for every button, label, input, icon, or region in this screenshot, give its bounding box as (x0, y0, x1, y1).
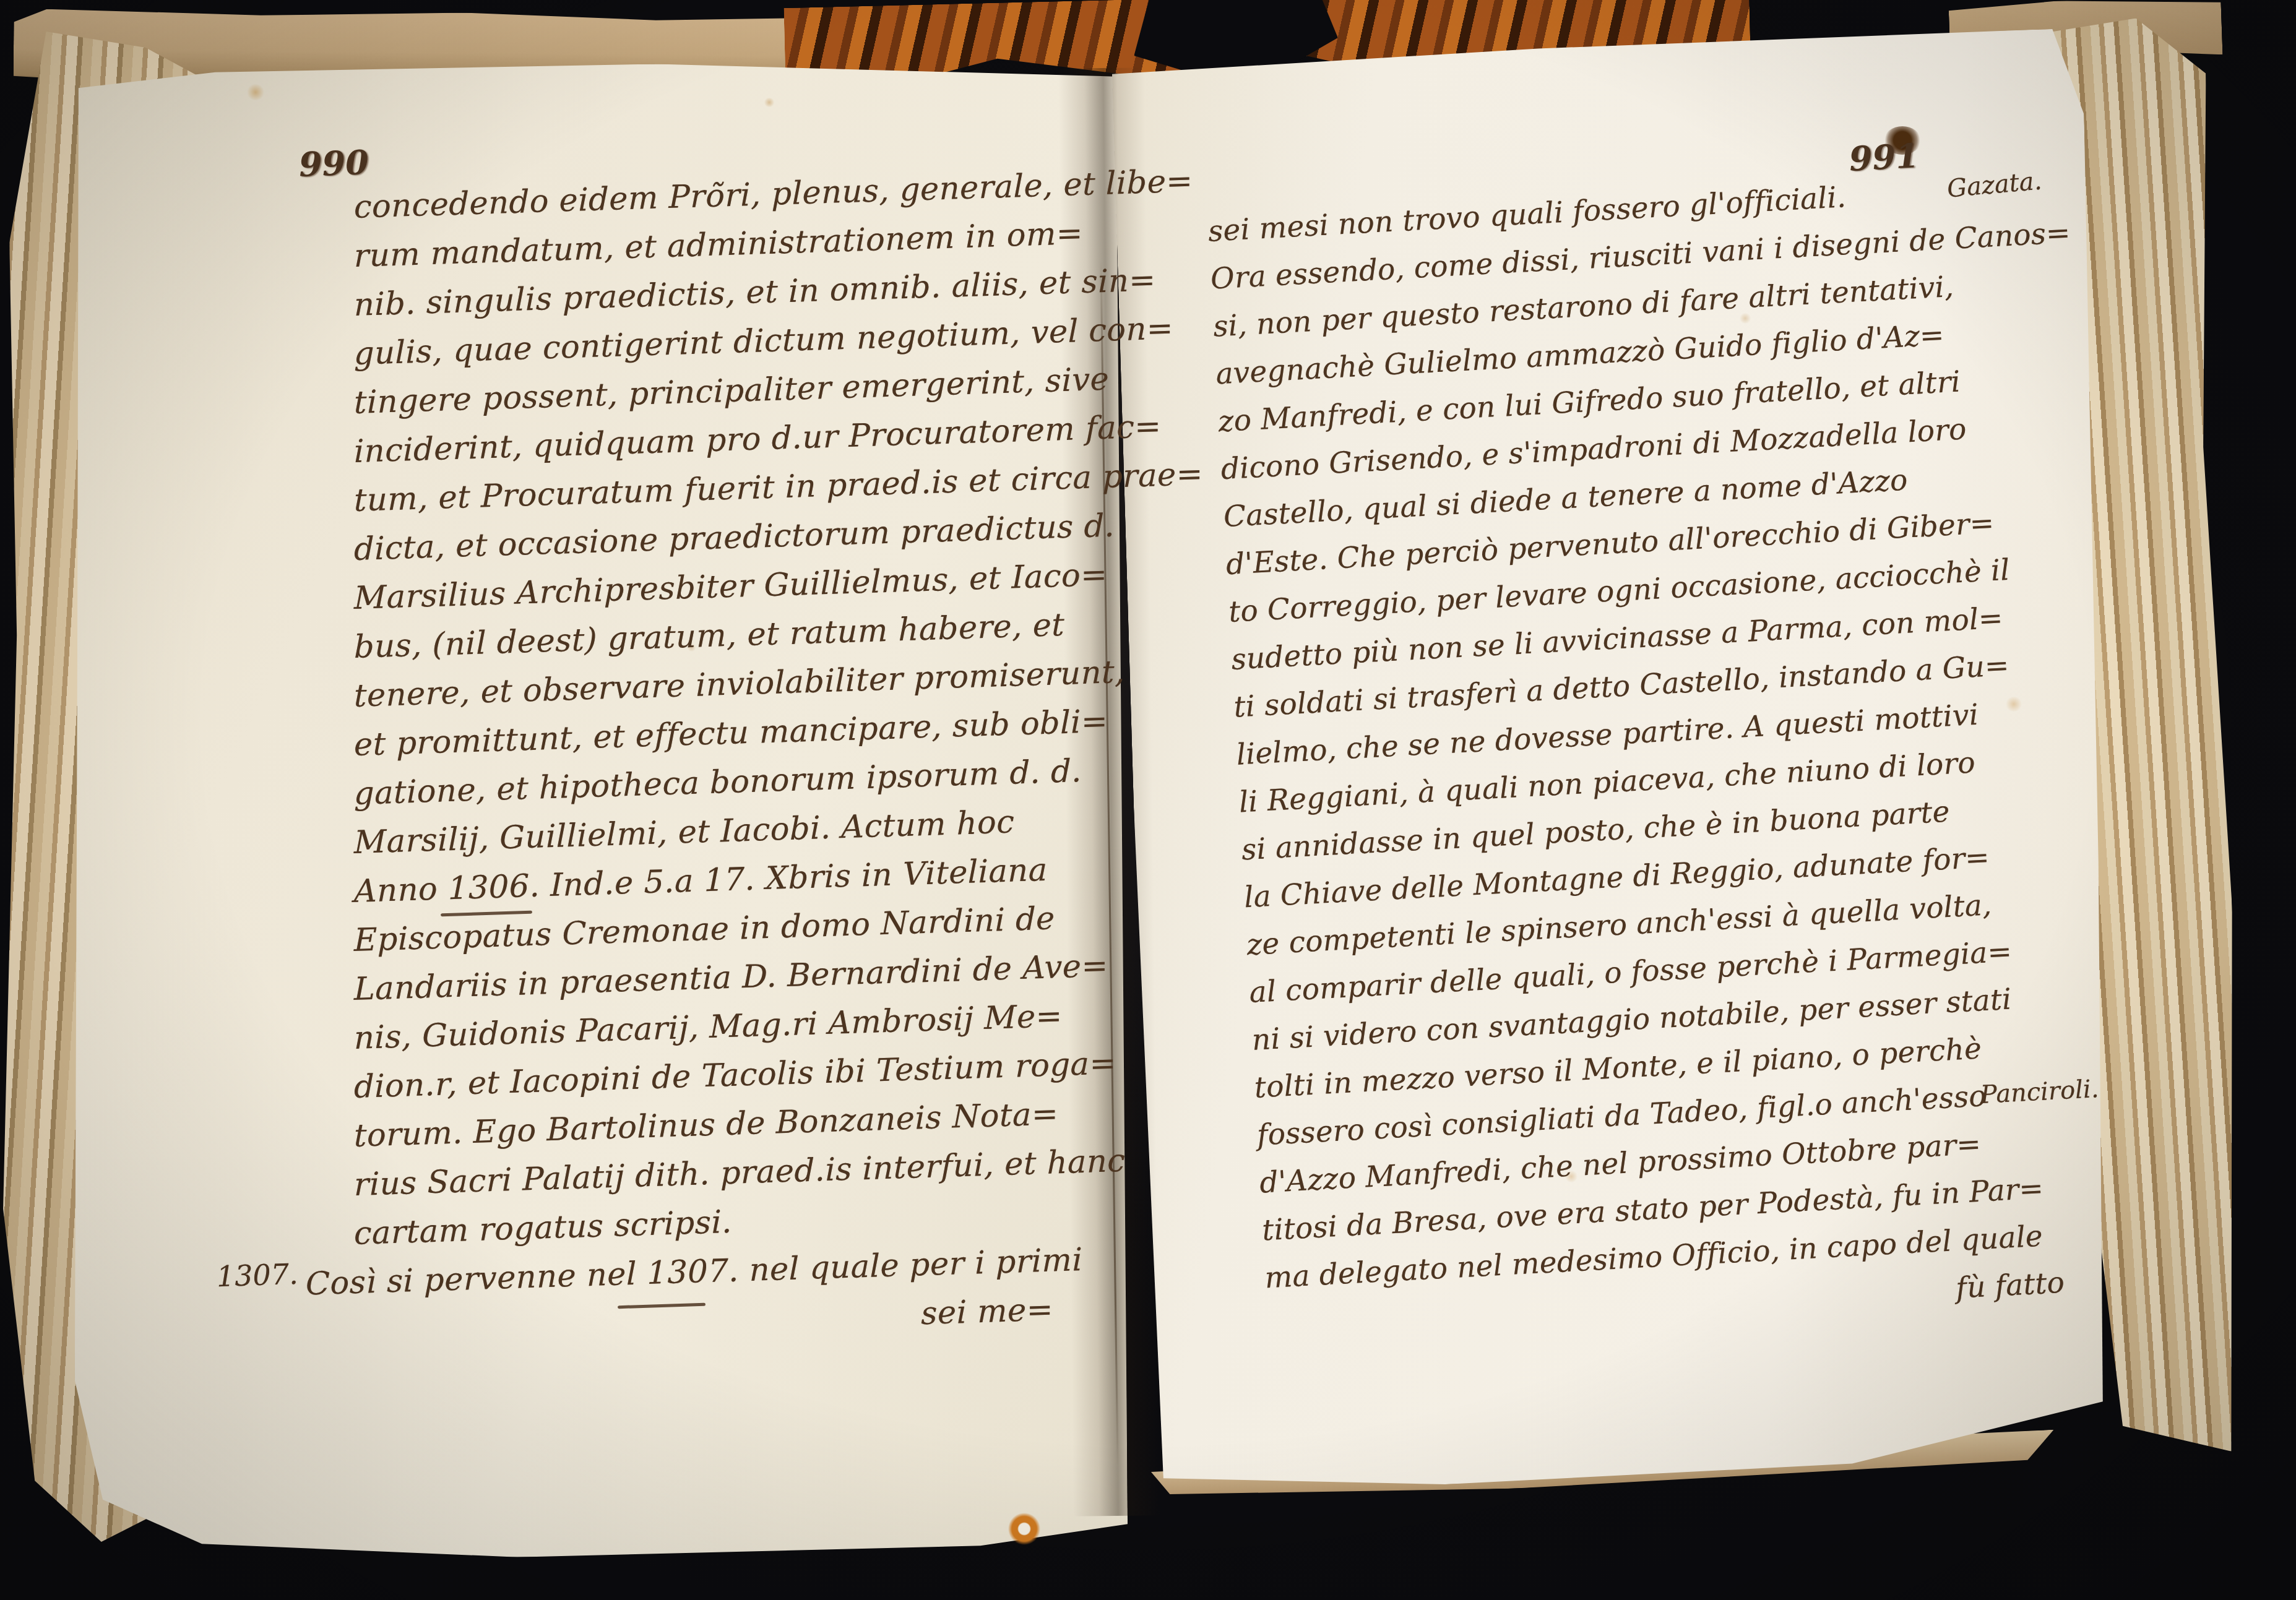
photo-vignette (0, 0, 2296, 1600)
manuscript-book-photo: 990 991 1307. Gazata. Panciroli. concede… (0, 0, 2296, 1600)
